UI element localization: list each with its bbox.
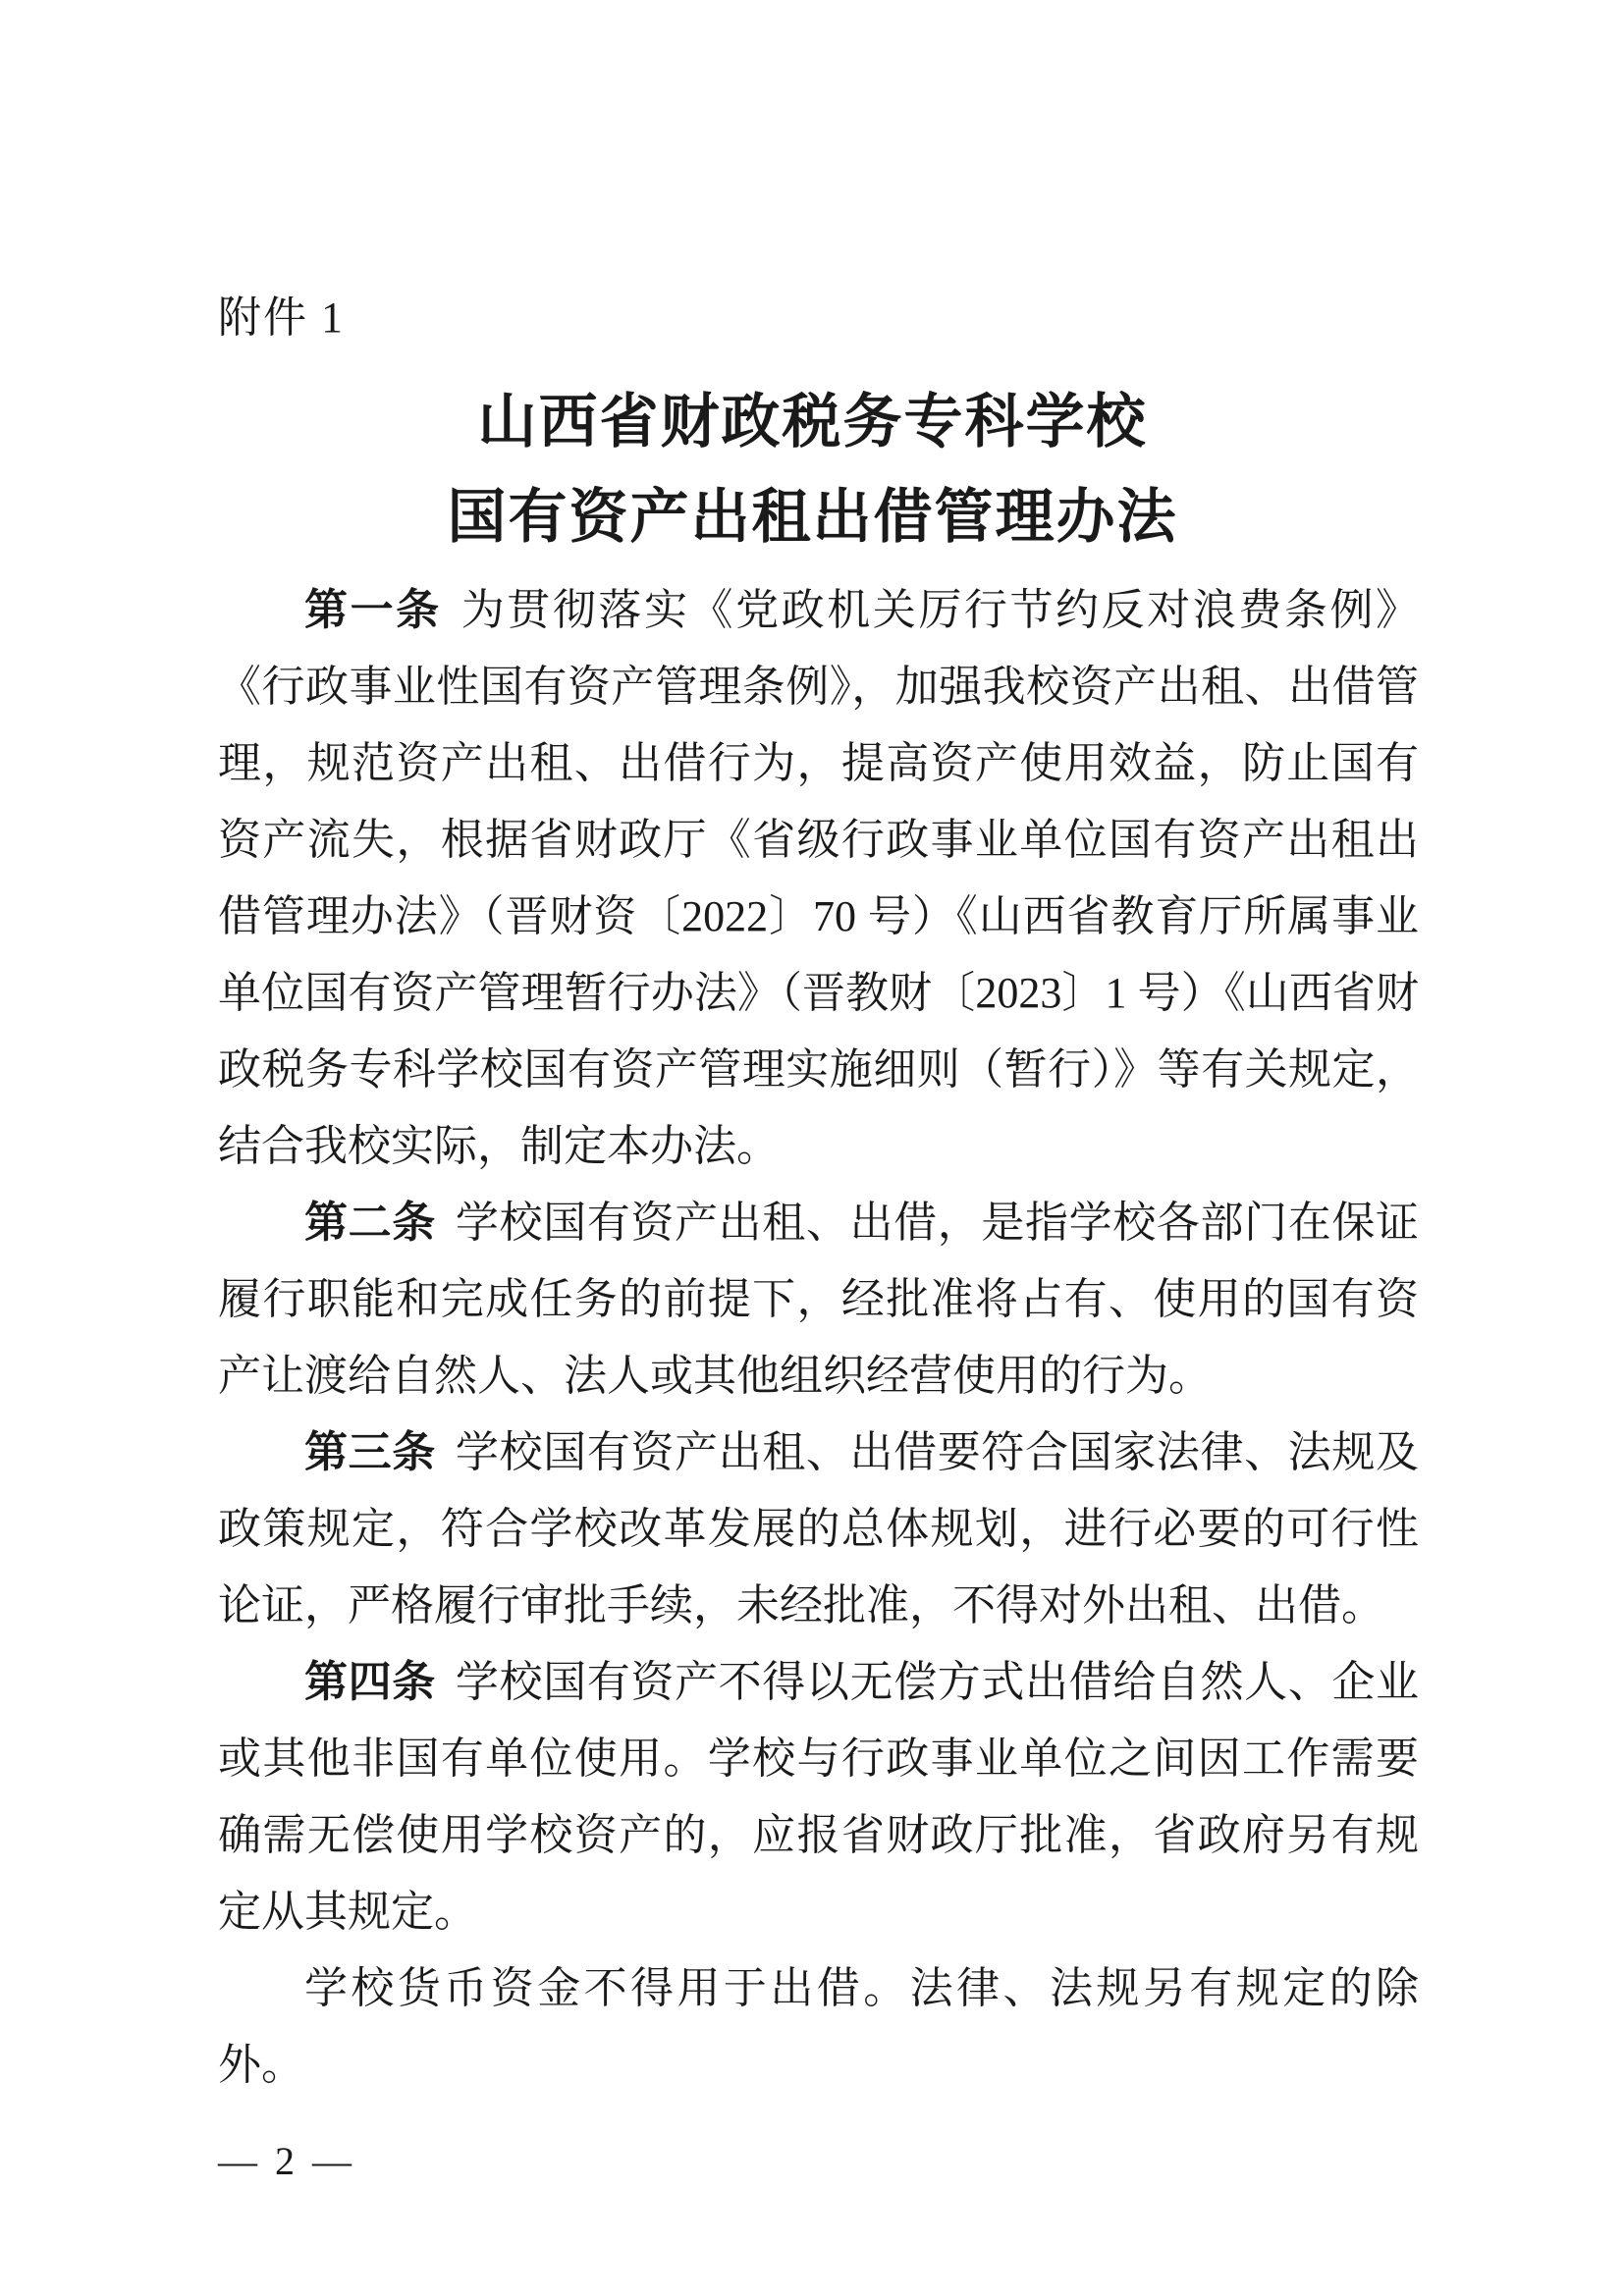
- document-body: 第一条为贯彻落实《党政机关厉行节约反对浪费条例》《行政事业性国有资产管理条例》，…: [218, 572, 1419, 2104]
- article-2-number: 第二条: [304, 1199, 436, 1247]
- document-page: 附件 1 山西省财政税务专科学校 国有资产出租出借管理办法 第一条为贯彻落实《党…: [0, 0, 1624, 2296]
- attachment-label: 附件 1: [218, 293, 345, 344]
- document-title: 山西省财政税务专科学校 国有资产出租出借管理办法: [212, 375, 1413, 565]
- article-3-number: 第三条: [304, 1428, 436, 1476]
- page-number: — 2 —: [218, 2140, 355, 2183]
- document-title-line1: 山西省财政税务专科学校: [212, 375, 1413, 470]
- article-paragraph-2: 第二条学校国有资产出租、出借，是指学校各部门在保证履行职能和完成任务的前提下，经…: [218, 1185, 1419, 1415]
- article-paragraph-4: 第四条学校国有资产不得以无偿方式出借给自然人、企业或其他非国有单位使用。学校与行…: [218, 1644, 1419, 1950]
- article-paragraph-1: 第一条为贯彻落实《党政机关厉行节约反对浪费条例》《行政事业性国有资产管理条例》，…: [218, 572, 1419, 1185]
- closing-paragraph: 学校货币资金不得用于出借。法律、法规另有规定的除外。: [218, 1950, 1419, 2104]
- document-title-line2: 国有资产出租出借管理办法: [212, 470, 1413, 565]
- closing-paragraph-text: 学校货币资金不得用于出借。法律、法规另有规定的除外。: [218, 1964, 1419, 2089]
- article-paragraph-3: 第三条学校国有资产出租、出借要符合国家法律、法规及政策规定，符合学校改革发展的总…: [218, 1415, 1419, 1644]
- article-4-number: 第四条: [304, 1658, 436, 1706]
- article-1-text: 为贯彻落实《党政机关厉行节约反对浪费条例》《行政事业性国有资产管理条例》，加强我…: [218, 586, 1419, 1170]
- article-1-number: 第一条: [304, 586, 442, 634]
